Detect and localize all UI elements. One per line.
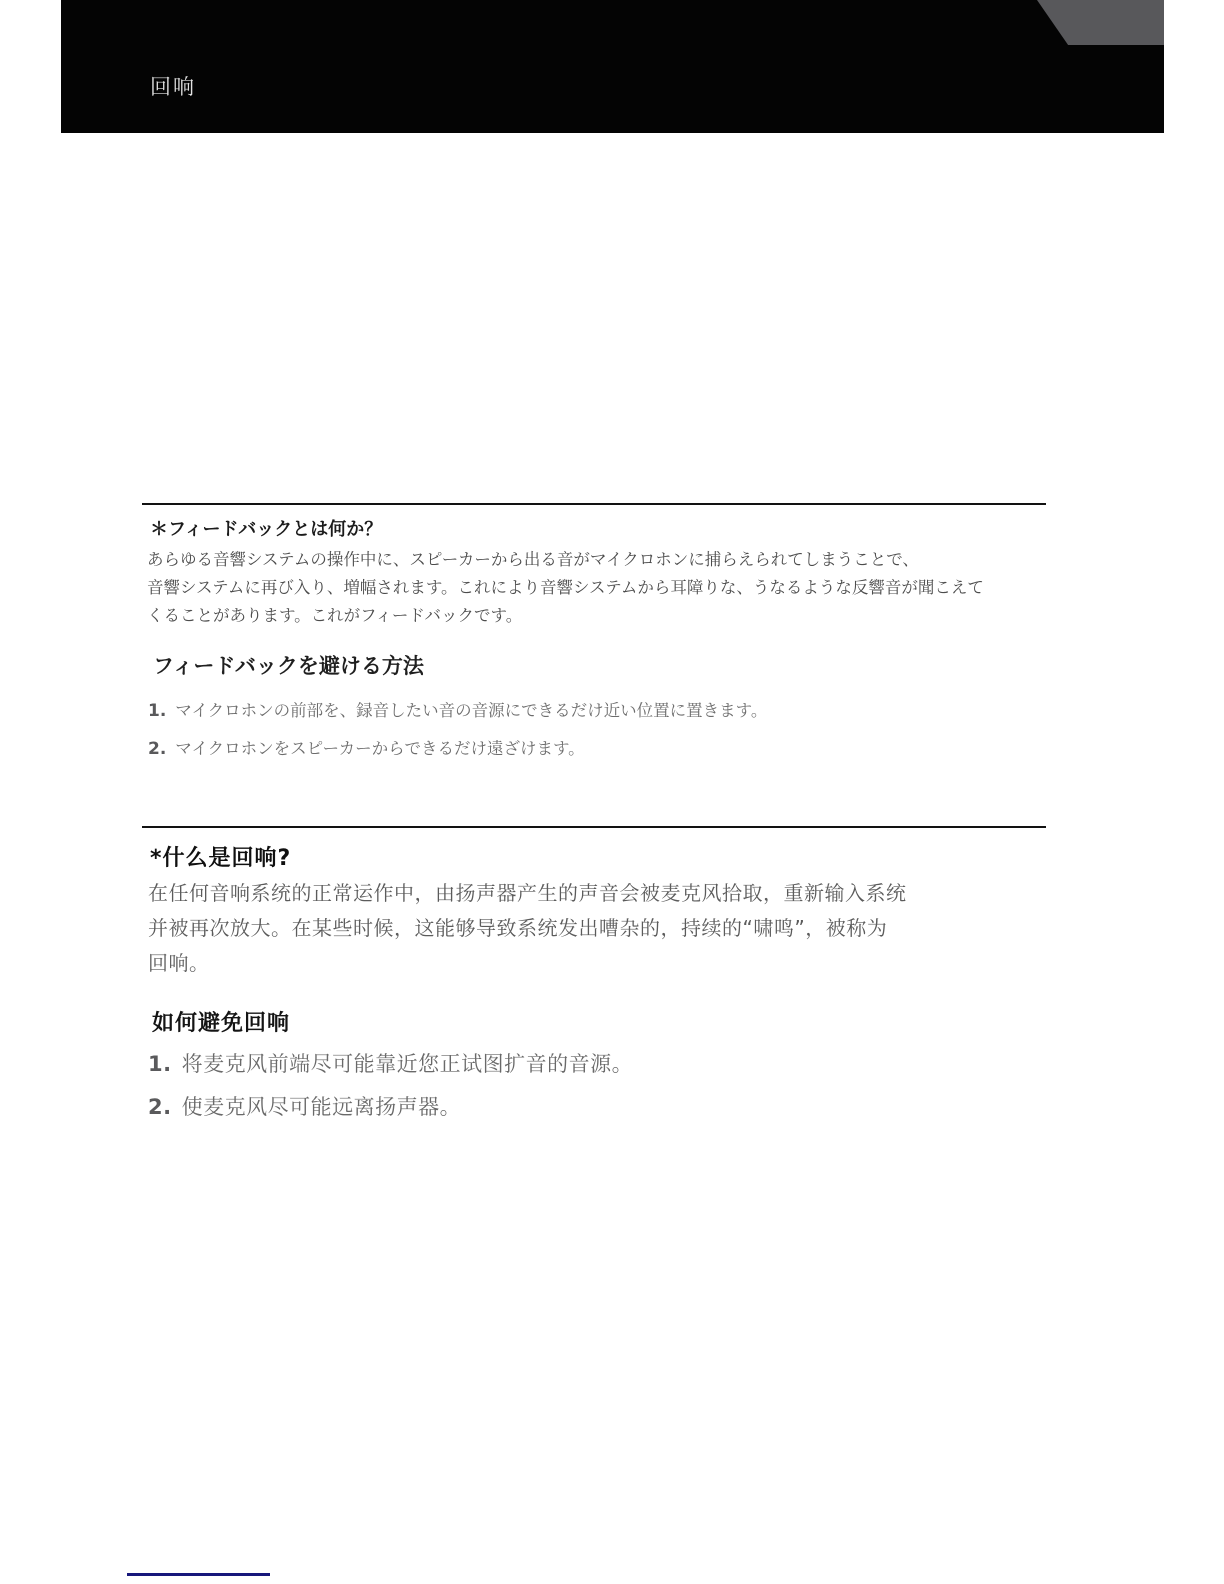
- ja-body-paragraph: あらゆる音響システムの操作中に、スピーカーから出る音がマイクロホンに捕らえられて…: [147, 546, 984, 630]
- zh-body-line: 在任何音响系统的正常运作中，由扬声器产生的声音会被麦克风拾取，重新输入系统: [148, 876, 907, 911]
- zh-list-item: 1.将麦克风前端尽可能靠近您正试图扩音的音源。: [148, 1048, 633, 1078]
- zh-body-line: 回响。: [148, 946, 907, 981]
- zh-list-text: 使麦克风尽可能远离扬声器。: [182, 1095, 462, 1119]
- ja-list-number: 1.: [148, 701, 166, 721]
- divider-middle: [142, 826, 1046, 828]
- ja-body-line: くることがあります。これがフィードバックです。: [147, 602, 984, 630]
- ja-list-number: 2.: [148, 739, 166, 759]
- zh-list-item: 2.使麦克风尽可能远离扬声器。: [148, 1091, 461, 1121]
- divider-top: [142, 503, 1046, 505]
- ja-list-text: マイクロホンの前部を、録音したい音の音源にできるだけ近い位置に置きます。: [175, 701, 767, 720]
- corner-accent-shape: [1037, 0, 1164, 45]
- zh-list-number: 1.: [148, 1052, 172, 1076]
- footer-blue-underline: [127, 1573, 270, 1576]
- ja-subheading: フィードバックを避ける方法: [153, 650, 424, 680]
- zh-list-number: 2.: [148, 1095, 172, 1119]
- ja-list-item: 1.マイクロホンの前部を、録音したい音の音源にできるだけ近い位置に置きます。: [148, 697, 767, 721]
- ja-section-heading: ＊フィードバックとは何か？: [150, 515, 382, 541]
- page-title: 回响: [150, 71, 196, 101]
- ja-body-line: 音響システムに再び入り、増幅されます。これにより音響システムから耳障りな、うなる…: [147, 574, 984, 602]
- document-page: 回响 ＊フィードバックとは何か？ あらゆる音響システムの操作中に、スピーカーから…: [0, 0, 1224, 1584]
- header-bar: 回响: [61, 0, 1164, 133]
- zh-list-text: 将麦克风前端尽可能靠近您正试图扩音的音源。: [182, 1052, 634, 1076]
- zh-section-heading: *什么是回响?: [150, 841, 291, 872]
- zh-body-line: 并被再次放大。在某些时候，这能够导致系统发出嘈杂的，持续的“啸鸣”，被称为: [148, 911, 907, 946]
- zh-body-paragraph: 在任何音响系统的正常运作中，由扬声器产生的声音会被麦克风拾取，重新输入系统 并被…: [148, 876, 907, 981]
- ja-body-line: あらゆる音響システムの操作中に、スピーカーから出る音がマイクロホンに捕らえられて…: [147, 546, 984, 574]
- ja-list-item: 2.マイクロホンをスピーカーからできるだけ遠ざけます。: [148, 735, 585, 759]
- zh-subheading: 如何避免回响: [152, 1006, 290, 1037]
- ja-list-text: マイクロホンをスピーカーからできるだけ遠ざけます。: [175, 739, 584, 758]
